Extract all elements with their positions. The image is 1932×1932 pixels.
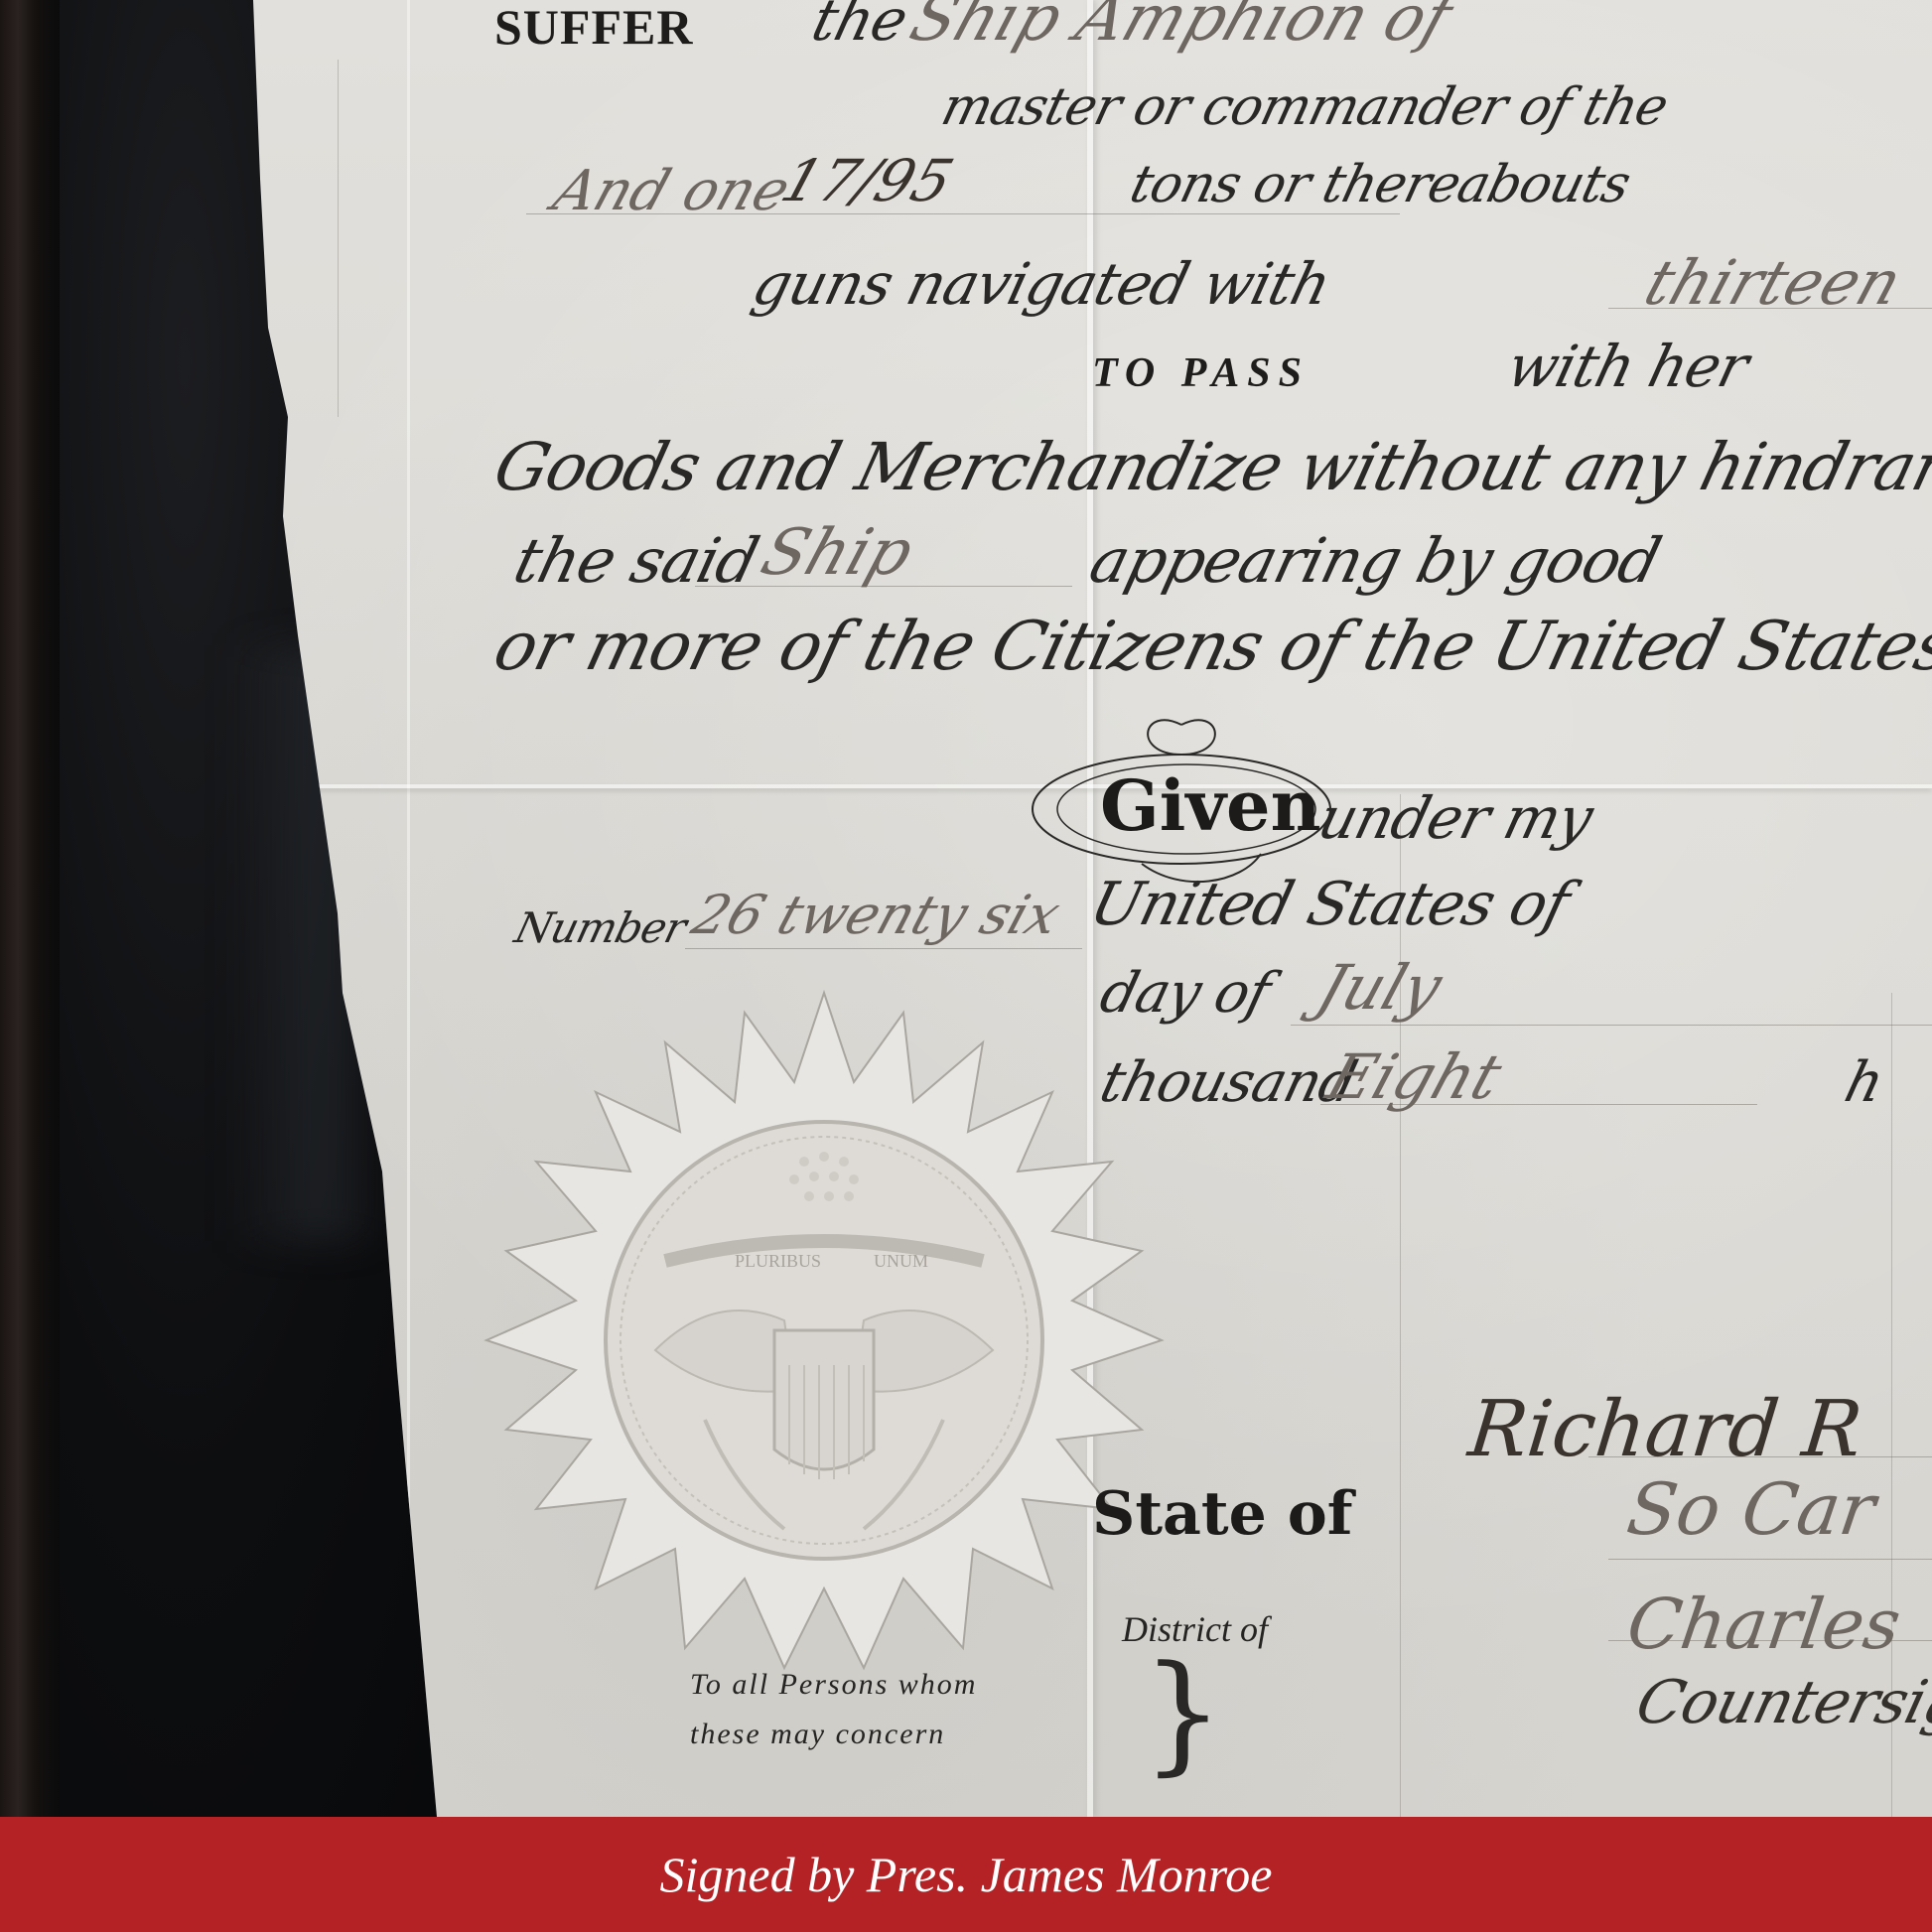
printed-to-pass: TO PASS: [1092, 349, 1310, 397]
caption-banner: Signed by Pres. James Monroe: [0, 1817, 1932, 1932]
handwritten-state: So Car: [1622, 1467, 1880, 1551]
fill-in-line: [1608, 1559, 1932, 1560]
seal-motto-left: PLURIBUS: [735, 1251, 821, 1271]
printed-number-label: Number: [510, 903, 691, 952]
printed-united-states: United States of: [1083, 870, 1576, 939]
handwritten-ship-name: Ship Amphion of: [901, 0, 1460, 56]
printed-with-her: with her: [1501, 333, 1755, 400]
seal-motto-right: UNUM: [874, 1251, 928, 1271]
handwritten-month: July: [1309, 951, 1450, 1024]
printed-goods-line: Goods and Merchandize without any hindra…: [486, 429, 1932, 505]
embossed-seal-icon: PLURIBUS UNUM: [467, 973, 1181, 1688]
printed-address-line1: To all Persons whom: [690, 1668, 977, 1702]
printed-state-of: State of: [1092, 1479, 1353, 1549]
fill-in-line: [1291, 1025, 1932, 1026]
signature-handwritten: Richard R: [1464, 1385, 1865, 1474]
printed-guns-line: guns navigated with: [747, 250, 1337, 318]
printed-tons-line: tons or thereabouts: [1125, 155, 1636, 214]
printed-appearing-line: appearing by good: [1083, 524, 1667, 597]
handwritten-district: Charles: [1622, 1584, 1905, 1665]
handwritten-tonnage-value: 17/95: [773, 147, 961, 214]
printed-given: Given: [1100, 764, 1320, 847]
fill-in-line: [685, 948, 1082, 949]
printed-under-my: under my: [1312, 784, 1599, 852]
fill-in-line: [1608, 308, 1932, 309]
printed-master-line: master or commander of the: [936, 77, 1674, 137]
printed-the: the: [806, 0, 914, 54]
margin-rule: [1400, 794, 1401, 1817]
fill-in-line: [695, 586, 1072, 587]
margin-rule: [338, 60, 339, 417]
fill-in-line: [1608, 1640, 1932, 1641]
handwritten-countersigned: Countersig: [1629, 1668, 1932, 1737]
printed-address-line2: these may concern: [690, 1718, 945, 1751]
handwritten-vessel-type: Ship: [753, 516, 922, 590]
printed-citizens-line: or more of the Citizens of the United St…: [486, 608, 1932, 686]
caption-text: Signed by Pres. James Monroe: [660, 1846, 1273, 1903]
fill-in-line: [1588, 1456, 1932, 1457]
fill-in-line: [1320, 1104, 1757, 1105]
picture-frame-edge: [0, 0, 60, 1817]
handwritten-year: Eight: [1318, 1040, 1510, 1113]
heading-suffer: SUFFER: [494, 0, 693, 56]
brace-icon: }: [1142, 1648, 1224, 1777]
handwritten-document-number: 26 twenty six: [685, 884, 1068, 946]
